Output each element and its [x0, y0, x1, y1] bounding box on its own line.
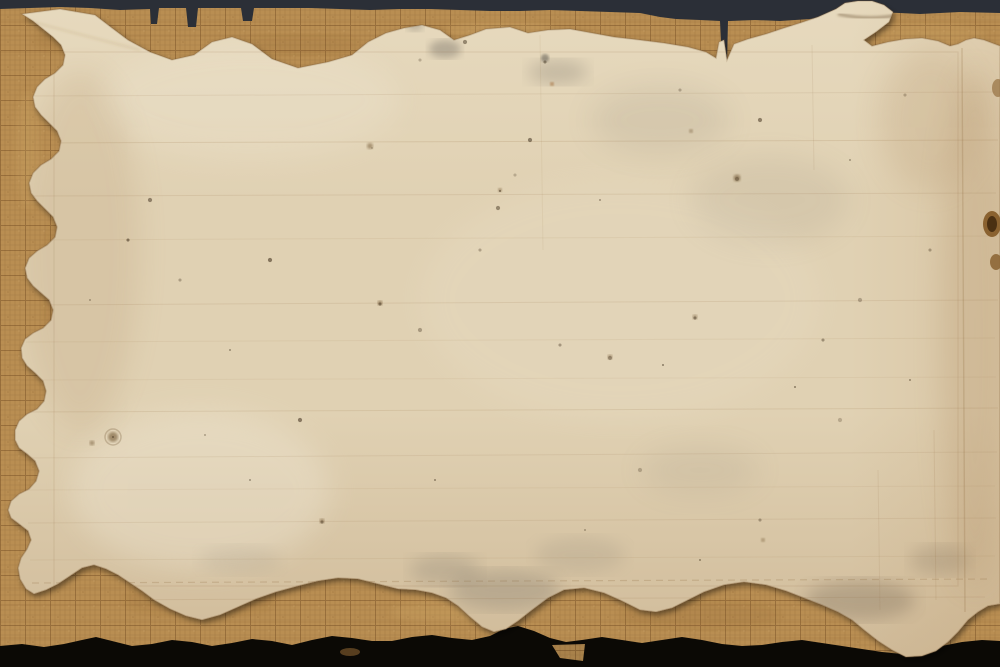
paper-shading	[0, 0, 1000, 667]
cork-fragment	[340, 648, 360, 656]
paper-sheet	[0, 0, 1000, 667]
photo-scene: Aged torn blank paper sheet mounted on a…	[0, 0, 1000, 667]
scene-canvas	[0, 0, 1000, 667]
